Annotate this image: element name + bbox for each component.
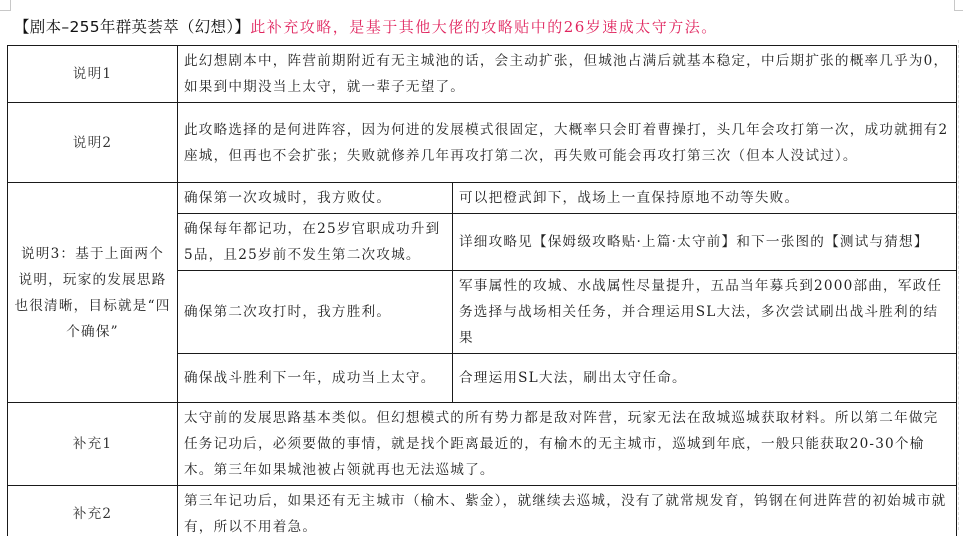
goal-text: 确保第一次攻城时，我方败仗。 <box>178 183 453 214</box>
row-text: 此攻略选择的是何进阵容，因为何进的发展模式很固定，大概率只会盯着曹操打，头几年会… <box>178 103 957 183</box>
row-label: 补充2 <box>8 486 178 536</box>
table-row-note2: 说明2 此攻略选择的是何进阵容，因为何进的发展模式很固定，大概率只会盯着曹操打，… <box>8 103 957 183</box>
page-edge-guide <box>958 40 965 530</box>
page-corner-mark-right <box>954 0 963 11</box>
row-label: 说明2 <box>8 103 178 183</box>
document-title: 【剧本–255年群英荟萃（幻想）】 <box>14 18 250 36</box>
goal-text: 确保每年都记功，在25岁官职成功升到5品，且25岁前不发生第二次攻城。 <box>178 214 453 271</box>
goal-detail: 详细攻略见【保姆级攻略贴·上篇·太守前】和下一张图的【测试与猜想】 <box>453 214 957 271</box>
table-row-note1: 说明1 此幻想剧本中，阵营前期附近有无主城池的话，会主动扩张，但城池占满后就基本… <box>8 46 957 103</box>
goal-text: 确保第二次攻打时，我方胜利。 <box>178 271 453 354</box>
row-text: 此幻想剧本中，阵营前期附近有无主城池的话，会主动扩张，但城池占满后就基本稳定，中… <box>178 46 957 103</box>
goal-detail: 可以把橙武卸下，战场上一直保持原地不动等失败。 <box>453 183 957 214</box>
row-text: 第三年记功后，如果还有无主城市（榆木、紫金），就继续去巡城，没有了就常规发育，钨… <box>178 486 957 536</box>
row-label: 说明1 <box>8 46 178 103</box>
document-title-line: 【剧本–255年群英荟萃（幻想）】此补充攻略，是基于其他大佬的攻略贴中的26岁速… <box>14 14 718 40</box>
row-label: 补充1 <box>8 403 178 486</box>
goal-text: 确保战斗胜利下一年，成功当上太守。 <box>178 354 453 403</box>
table-row-note3-goal1: 说明3：基于上面两个说明，玩家的发展思路也很清晰，目标就是“四个确保” 确保第一… <box>8 183 957 214</box>
goal-detail: 合理运用SL大法，刷出太守任命。 <box>453 354 957 403</box>
goal-detail: 军事属性的攻城、水战属性尽量提升，五品当年募兵到2000部曲，军政任务选择与战场… <box>453 271 957 354</box>
row-label-note3: 说明3：基于上面两个说明，玩家的发展思路也很清晰，目标就是“四个确保” <box>8 183 178 403</box>
table-row-supplement1: 补充1 太守前的发展思路基本类似。但幻想模式的所有势力都是敌对阵营，玩家无法在敌… <box>8 403 957 486</box>
page-corner-mark <box>0 0 11 11</box>
row-text: 太守前的发展思路基本类似。但幻想模式的所有势力都是敌对阵营，玩家无法在敌城巡城获… <box>178 403 957 486</box>
table-row-supplement2: 补充2 第三年记功后，如果还有无主城市（榆木、紫金），就继续去巡城，没有了就常规… <box>8 486 957 536</box>
strategy-table: 说明1 此幻想剧本中，阵营前期附近有无主城池的话，会主动扩张，但城池占满后就基本… <box>7 45 957 536</box>
title-note: 此补充攻略，是基于其他大佬的攻略贴中的26岁速成太守方法。 <box>250 18 718 36</box>
